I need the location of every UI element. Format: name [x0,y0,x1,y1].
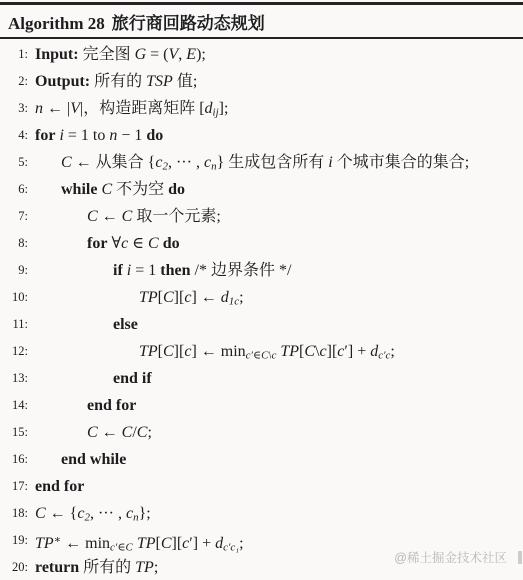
line-segment-keyword: do [163,235,180,252]
line-number: 18: [0,500,28,527]
line-segment-text: ∈ [128,235,148,252]
line-segment-math: C [161,535,172,552]
algorithm-line: 10:TP[C][c] ← d1c; [0,284,523,311]
line-segment-math: C [163,289,174,306]
line-segment-text: ] ← [191,289,220,306]
line-content: return 所有的 TP; [35,554,158,580]
line-segment-text: ; [147,424,151,441]
line-segment-cal-set: C [101,181,112,198]
line-segment-text: ′] + [344,343,370,360]
line-segment-math: d [215,535,223,552]
line-number: 2: [0,68,28,95]
line-segment-text: ← 从集合 { [72,154,156,171]
line-segment-math: V [169,46,179,63]
line-segment-math: d [221,289,229,306]
line-content: end for [87,392,136,419]
algorithm-line: 8:for ∀c ∈ C do [0,230,523,257]
algorithm-title: Algorithm 28旅行商回路动态规划 [0,5,523,39]
line-segment-keyword: then [160,262,190,279]
algorithm-line: 15:C ← C/C; [0,419,523,446]
line-segment-text: − 1 [117,127,146,144]
line-segment-keyword: end while [61,451,126,468]
algorithm-figure: Algorithm 28旅行商回路动态规划 1:Input: 完全图 G = (… [0,0,523,580]
line-segment-keyword: while [61,181,97,198]
line-segment-subscript: 1c [229,296,239,308]
line-content: Input: 完全图 G = (V, E); [35,41,206,68]
algorithm-line: 14:end for [0,392,523,419]
line-segment-text: ; [390,343,394,360]
line-content: C ← C 取一个元素; [87,203,221,230]
line-content: C ← C/C; [87,419,152,446]
line-content: for ∀c ∈ C do [87,230,180,257]
line-segment-text: 取一个元素; [132,208,220,225]
line-segment-math: C [304,343,315,360]
line-segment-text: , ··· , [90,505,126,522]
algorithm-line: 1:Input: 完全图 G = (V, E); [0,41,523,68]
line-number: 12: [0,338,28,365]
line-segment-operator: min [221,343,246,360]
line-segment-subscript: c′∈C [110,542,133,554]
line-segment-subscript: c′c₁ [223,542,239,554]
algorithm-line: 5:C ← 从集合 {c2, ··· , cn} 生成包含所有 i 个城市集合的… [0,149,523,176]
line-content: else [113,311,138,338]
line-content: end while [61,446,126,473]
line-segment-text: ∀ [107,235,121,252]
line-number: 3: [0,95,28,122]
line-segment-cal-set: C [122,424,133,441]
line-segment-text: = ( [146,46,168,63]
line-segment-math: TSP [146,73,173,90]
line-number: 17: [0,473,28,500]
line-segment-text: ← | [43,100,70,117]
line-segment-text: 所有的 [90,73,146,90]
line-segment-text: |，构造距离矩阵 [ [80,100,205,117]
line-segment-text: , ··· , [168,154,204,171]
line-segment-text: ; [154,559,158,576]
line-segment-math: C [87,208,98,225]
line-segment-math: TP [35,535,54,552]
line-segment-math: TP [280,343,299,360]
algorithm-number: Algorithm 28 [8,14,105,33]
line-segment-text: 完全图 [79,46,135,63]
algorithm-line: 16:end while [0,446,523,473]
algorithm-name: 旅行商回路动态规划 [112,14,265,33]
line-segment-operator: min [85,535,110,552]
edge-artifact [518,551,522,564]
line-segment-text: ); [196,46,206,63]
line-number: 5: [0,149,28,176]
line-segment-math: c [126,505,133,522]
line-segment-keyword: Output: [35,73,90,90]
algorithm-line: 7:C ← C 取一个元素; [0,203,523,230]
line-content: while C 不为空 do [61,176,185,203]
line-segment-text: /* 边界条件 */ [191,262,292,279]
algorithm-line: 13:end if [0,365,523,392]
line-segment-math: G [135,46,147,63]
algorithm-line: 17:end for [0,473,523,500]
line-segment-text: 所有的 [79,559,135,576]
line-number: 11: [0,311,28,338]
line-segment-math: E [186,46,196,63]
line-segment-math: TP [135,559,154,576]
line-segment-keyword: end for [35,478,84,495]
line-segment-cal-set: C [122,208,133,225]
algorithm-line: 6:while C 不为空 do [0,176,523,203]
line-content: if i = 1 then /* 边界条件 */ [113,257,291,284]
line-segment-keyword: for [87,235,107,252]
line-segment-text: ][ [172,535,183,552]
line-number: 16: [0,446,28,473]
algorithm-line: 2:Output: 所有的 TSP 值; [0,68,523,95]
line-number: 8: [0,230,28,257]
line-segment-text: ′] + [189,535,215,552]
line-segment-math: TP [139,343,158,360]
line-segment-keyword: for [35,127,55,144]
line-segment-text: ][ [327,343,338,360]
line-segment-math: C [137,424,148,441]
line-number: 19: [0,527,28,554]
line-number: 10: [0,284,28,311]
line-segment-math: c [204,154,211,171]
line-number: 7: [0,203,28,230]
line-segment-math: TP [139,289,158,306]
line-segment-text: = 1 to [64,127,109,144]
line-number: 13: [0,365,28,392]
line-content: end if [113,365,152,392]
line-segment-text: ← [98,424,122,441]
line-content: Output: 所有的 TSP 值; [35,68,197,95]
algorithm-line: 11:else [0,311,523,338]
line-segment-text: ] ← [191,343,220,360]
line-segment-text: 不为空 [112,181,168,198]
line-segment-math: c [320,343,327,360]
line-number: 15: [0,419,28,446]
algorithm-line: 9:if i = 1 then /* 边界条件 */ [0,257,523,284]
line-segment-keyword: Input: [35,46,79,63]
line-content: end for [35,473,84,500]
line-segment-text: ][ [174,343,185,360]
line-segment-text: ][ [174,289,185,306]
line-segment-text: ; [239,535,243,552]
line-segment-keyword: else [113,316,138,333]
line-segment-text: 值; [173,73,197,90]
line-segment-text: = 1 [131,262,160,279]
line-segment-math: n [35,100,43,117]
line-segment-cal-set: C [61,154,72,171]
line-content: for i = 1 to n − 1 do [35,122,163,149]
line-segment-math: V [70,100,80,117]
line-segment-cal-set: C [87,424,98,441]
line-segment-keyword: return [35,559,79,576]
algorithm-line: 4:for i = 1 to n − 1 do [0,122,523,149]
algorithm-line: 12:TP[C][c] ← minc′∈C\c TP[C\c][c′] + dc… [0,338,523,365]
line-segment-keyword: if [113,262,123,279]
watermark: @稀土掘金技术社区 [394,548,507,566]
line-segment-text: ; [239,289,243,306]
line-segment-text: ← [98,208,122,225]
line-segment-math: TP [137,535,156,552]
line-segment-text: 个城市集合的集合; [333,154,469,171]
line-segment-subscript: c′∈C\c [246,350,277,362]
line-segment-keyword: end if [113,370,152,387]
line-number: 1: [0,41,28,68]
line-segment-text: } 生成包含所有 [217,154,329,171]
line-number: 6: [0,176,28,203]
line-segment-math: C [148,235,159,252]
algorithm-line: 18:C ← {c2, ··· , cn}; [0,500,523,527]
line-segment-subscript: c′c [378,350,390,362]
line-number: 9: [0,257,28,284]
line-number: 4: [0,122,28,149]
line-segment-text: ]; [219,100,229,117]
algorithm-lines: 1:Input: 完全图 G = (V, E);2:Output: 所有的 TS… [0,39,523,580]
line-segment-math: C [35,505,46,522]
line-segment-text: }; [139,505,151,522]
line-segment-text: ← { [46,505,78,522]
line-number: 20: [0,554,28,580]
line-segment-keyword: end for [87,397,136,414]
line-segment-math: C [163,343,174,360]
line-segment-text: ← [61,535,85,552]
line-number: 14: [0,392,28,419]
algorithm-line: 3:n ← |V|，构造距离矩阵 [dij]; [0,95,523,122]
line-segment-math: d [205,100,213,117]
line-segment-keyword: do [168,181,185,198]
line-segment-keyword: do [146,127,163,144]
